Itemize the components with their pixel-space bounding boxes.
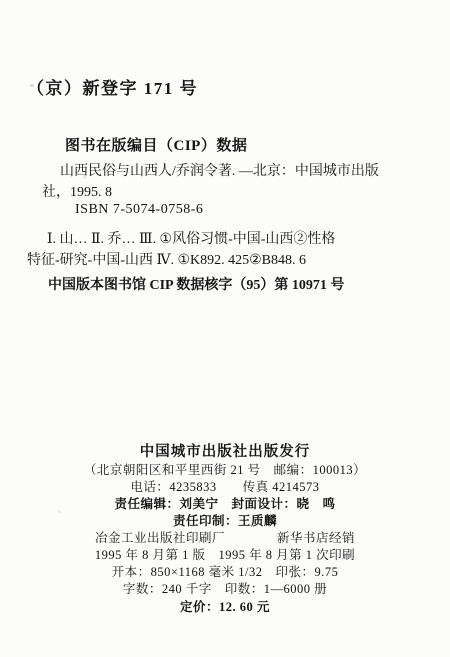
cip-isbn-line: ISBN 7-5074-0758-6 — [75, 202, 203, 218]
cip-header: 图书在版编目（CIP）数据 — [65, 134, 247, 155]
edition-line: 1995 年 8 月第 1 版 1995 年 8 月第 1 次印刷 — [0, 545, 450, 563]
wordcount-printrun-line: 字数：240 千字 印数：1—6000 册 — [0, 579, 450, 597]
publisher-line: 中国城市出版社出版发行 — [0, 440, 450, 461]
cip-classification-line-2: 特征-研究-中国-山西 Ⅳ. ①K892. 425②B848. 6 — [27, 249, 306, 269]
cip-publisher-year-line: 社，1995. 8 — [42, 181, 112, 201]
cip-classification-line-1: Ⅰ. 山… Ⅱ. 乔… Ⅲ. ①风俗习惯-中国-山西②性格 — [47, 228, 335, 248]
print-supervisor-line: 责任印制：王质麟 — [0, 511, 450, 529]
scan-speck — [83, 175, 87, 179]
scan-speck — [58, 510, 61, 513]
price-line: 定价：12. 60 元 — [0, 597, 450, 615]
book-copyright-page: （京）新登字 171 号 图书在版编目（CIP）数据 山西民俗与山西人/乔润令著… — [0, 0, 450, 657]
scan-speck — [30, 84, 34, 87]
editors-line: 责任编辑：刘美宁 封面设计：晓 鸣 — [0, 494, 450, 512]
cip-title-author-line: 山西民俗与山西人/乔润令著. —北京：中国城市出版 — [60, 160, 379, 180]
printer-distributor-line: 冶金工业出版社印刷厂 新华书店经销 — [0, 528, 450, 546]
phone-fax-line: 电话：4235833 传真 4214573 — [0, 477, 450, 495]
publisher-address-line: （北京朝阳区和平里西街 21 号 邮编：100013） — [0, 460, 450, 478]
registration-number-line: （京）新登字 171 号 — [27, 74, 198, 99]
format-line: 开本：850×1168 毫米 1/32 印张：9.75 — [0, 562, 450, 580]
cip-record-number-line: 中国版本图书馆 CIP 数据核字（95）第 10971 号 — [48, 274, 344, 294]
